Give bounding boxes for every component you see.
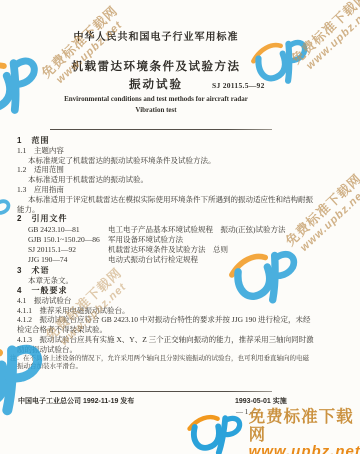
section-1-1-text: 本标准规定了机载雷达的振动试验环境条件及试验方法。 bbox=[17, 156, 315, 166]
footer-issued-by: 中国电子工业总公司 1992-11-19 发布 bbox=[18, 396, 134, 406]
clause-4-note: 注：在不具备上述设备的情况下，允许采用两个轴向且分别实施振动的试验台，也可利用垂… bbox=[17, 355, 315, 372]
document-content: 中华人民共和国电子行业军用标准 机载雷达环境条件及试验方法 振动试验 SJ 20… bbox=[0, 0, 312, 454]
page-number: — 1 — bbox=[236, 408, 257, 416]
reference-list: GB 2423.10—81 电工电子产品基本环境试验规程 振动(正弦)试验方法 … bbox=[17, 225, 315, 264]
standard-document-page: 中华人民共和国电子行业军用标准 机载雷达环境条件及试验方法 振动试验 SJ 20… bbox=[0, 0, 360, 454]
reference-title: 电动式振动台试行检定规程 bbox=[108, 255, 315, 265]
section-3-heading: 3 术语 bbox=[17, 266, 315, 276]
clause-4-1-2: 4.1.2 振动试验台应符合 GB 2423.10 中对振动台特性的要求并按 J… bbox=[17, 315, 315, 335]
footer-implementation-date: 1993-05-01 实施 bbox=[235, 396, 287, 406]
section-1-3-label: 1.3 应用指南 bbox=[17, 185, 315, 195]
section-1-heading: 1 范围 bbox=[17, 136, 315, 146]
section-1-2-text: 本标准适用于机载雷达的振动试验。 bbox=[17, 175, 315, 185]
section-2-heading: 2 引用文件 bbox=[17, 214, 315, 224]
section-1-3-text: 本标准适用于评定机载雷达在模拟实际使用环境条件下所遇到的振动适应性和结构耐振能力… bbox=[17, 195, 315, 215]
reference-code: GB 2423.10—81 bbox=[28, 225, 108, 235]
section-4-heading: 4 一般要求 bbox=[17, 286, 315, 296]
section-3-text: 本章无条文。 bbox=[17, 276, 315, 286]
reference-code: JJG 190—74 bbox=[28, 255, 108, 265]
section-1-1-label: 1.1 主题内容 bbox=[17, 146, 315, 156]
reference-title: 机载雷达环境条件及试验方法 总则 bbox=[108, 245, 315, 255]
reference-code: SJ 20115.1—92 bbox=[28, 245, 108, 255]
header-divider bbox=[50, 129, 272, 130]
document-body: 1 范围 1.1 主题内容 本标准规定了机载雷达的振动试验环境条件及试验方法。 … bbox=[17, 136, 315, 372]
reference-title: 军用设备环境试验方法 bbox=[108, 235, 315, 245]
document-subtitle-cn: 振动试验 bbox=[0, 76, 312, 92]
document-title-cn: 机载雷达环境条件及试验方法 bbox=[0, 58, 312, 74]
standard-number: SJ 20115.5—92 bbox=[212, 81, 265, 90]
clause-4-1-3: 4.1.3 振动试验台应具有实施 X、Y、Z 三个正交轴向振动的能力，推荐采用三… bbox=[17, 335, 315, 355]
footer-divider bbox=[50, 391, 272, 392]
clause-4-1: 4.1 振动试验台 bbox=[17, 296, 315, 306]
standard-type-heading: 中华人民共和国电子行业军用标准 bbox=[0, 28, 312, 43]
section-1-2-label: 1.2 适用范围 bbox=[17, 165, 315, 175]
clause-4-1-1: 4.1.1 推荐采用电磁振动试验台。 bbox=[17, 306, 315, 316]
reference-code: GJB 150.1~150.20—86 bbox=[28, 235, 108, 245]
reference-title: 电工电子产品基本环境试验规程 振动(正弦)试验方法 bbox=[108, 225, 315, 235]
document-title-en: Environmental conditions and test method… bbox=[0, 95, 312, 103]
document-subtitle-en: Vibration test bbox=[0, 106, 312, 114]
